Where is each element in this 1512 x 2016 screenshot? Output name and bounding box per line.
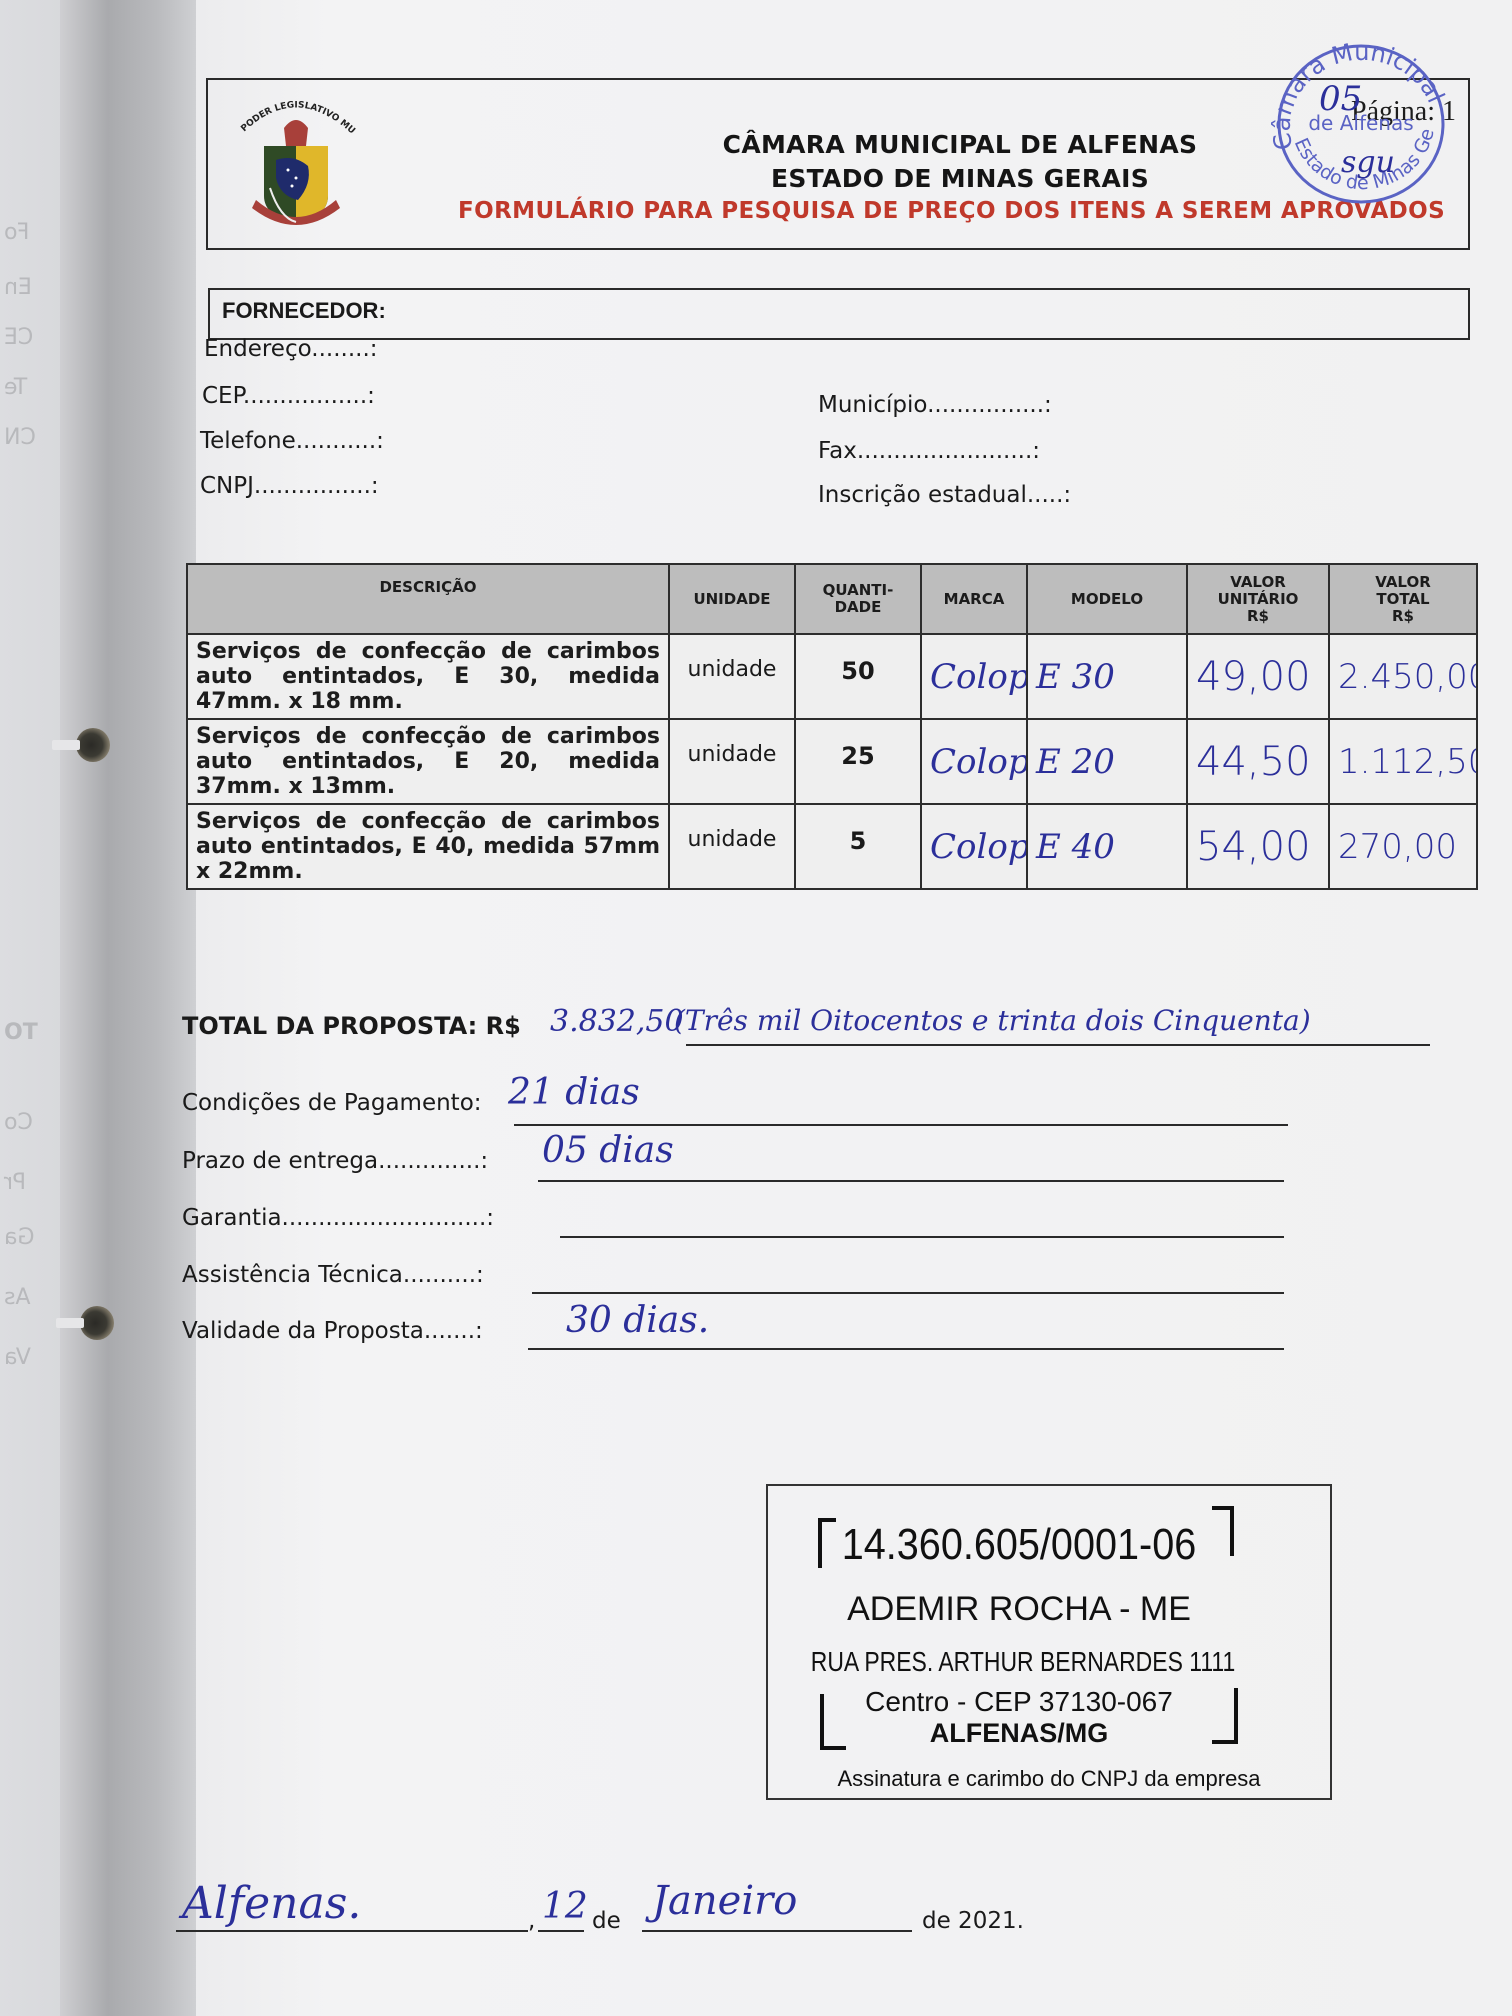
proposal-validity-line (528, 1348, 1284, 1350)
payment-terms-label: Condições de Pagamento: (182, 1090, 482, 1116)
municipality-field-label: Município................: (818, 392, 1052, 418)
table-row: Serviços de confecção de carimbos auto e… (187, 719, 1477, 804)
item-quantity: 25 (795, 719, 921, 804)
item-total-price: 270,00 (1329, 804, 1477, 889)
ghost-text: Pr (4, 1170, 26, 1195)
proposal-validity-value: 30 dias. (566, 1300, 709, 1341)
ghost-text: TO (4, 1020, 38, 1045)
svg-text:sgu: sgu (1341, 145, 1395, 180)
date-day-line (538, 1930, 584, 1932)
address-field-label: Endereço........: (204, 336, 378, 362)
warranty-line (560, 1236, 1284, 1238)
fax-field-label: Fax........................: (818, 438, 1040, 464)
stamp-caption: Assinatura e carimbo do CNPJ da empresa (768, 1766, 1330, 1792)
form-page: PODER LEGISLATIVO MUNICIPAL CÂMARA MUNIC… (196, 0, 1512, 2016)
date-comma: , (528, 1908, 535, 1934)
proposal-validity-label: Validade da Proposta.......: (182, 1318, 483, 1344)
item-unit: unidade (669, 719, 795, 804)
table-row: Serviços de confecção de carimbos auto e… (187, 804, 1477, 889)
company-address: RUA PRES. ARTHUR BERNARDES 1111 (793, 1646, 1254, 1678)
ghost-text: Co (4, 1110, 33, 1135)
date-year: de 2021. (922, 1908, 1024, 1934)
date-city: Alfenas. (182, 1878, 361, 1929)
table-row: Serviços de confecção de carimbos auto e… (187, 634, 1477, 719)
ghost-text: En (4, 275, 32, 300)
item-unit-price: 44,50 (1187, 719, 1329, 804)
item-quantity: 5 (795, 804, 921, 889)
item-model: E 40 (1027, 804, 1187, 889)
company-stamp-box: 14.360.605/0001-06 ADEMIR ROCHA - ME RUA… (766, 1484, 1332, 1800)
company-city: ALFENAS/MG (738, 1718, 1300, 1749)
column-header-unit-price: VALOR UNITÁRIO R$ (1187, 564, 1329, 634)
item-model: E 20 (1027, 719, 1187, 804)
ghost-text: Ga (4, 1225, 35, 1250)
item-brand: Colop (921, 634, 1027, 719)
column-header-quantity: QUANTI- DADE (795, 564, 921, 634)
item-description: Serviços de confecção de carimbos auto e… (187, 804, 669, 889)
item-unit-price: 54,00 (1187, 804, 1329, 889)
item-brand: Colop (921, 804, 1027, 889)
supplier-header-box: FORNECEDOR: (208, 288, 1470, 340)
cep-field-label: CEP.................: (202, 383, 375, 409)
total-proposal-value: 3.832,50 (550, 1004, 684, 1039)
column-header-model: MODELO (1027, 564, 1187, 634)
item-description: Serviços de confecção de carimbos auto e… (187, 719, 669, 804)
item-unit: unidade (669, 634, 795, 719)
ghost-text: CE (4, 325, 33, 350)
table-header-row: DESCRIÇÃO UNIDADE QUANTI- DADE MARCA MOD… (187, 564, 1477, 634)
item-description: Serviços de confecção de carimbos auto e… (187, 634, 669, 719)
warranty-label: Garantia............................: (182, 1205, 494, 1231)
phone-field-label: Telefone...........: (200, 428, 384, 454)
item-brand: Colop (921, 719, 1027, 804)
date-day: 12 (542, 1886, 588, 1927)
punch-hole-icon (80, 1306, 114, 1340)
column-header-brand: MARCA (921, 564, 1027, 634)
payment-terms-value: 21 dias (508, 1072, 640, 1113)
council-seal-stamp-icon: Câmara Municipal de Alfenas Estado de Mi… (1271, 38, 1451, 208)
delivery-time-value: 05 dias (542, 1130, 674, 1171)
ghost-text: CN (4, 425, 36, 450)
delivery-time-label: Prazo de entrega..............: (182, 1148, 488, 1174)
total-words-line (686, 1044, 1430, 1046)
item-quantity: 50 (795, 634, 921, 719)
item-unit-price: 49,00 (1187, 634, 1329, 719)
ghost-text: Te (4, 375, 27, 400)
technical-assistance-line (532, 1292, 1284, 1294)
column-header-description: DESCRIÇÃO (187, 564, 669, 634)
date-city-line (176, 1930, 528, 1932)
company-cnpj: 14.360.605/0001-06 (766, 1520, 1272, 1570)
item-model: E 30 (1027, 634, 1187, 719)
ghost-text: Fo (4, 220, 29, 245)
ghost-text: As (4, 1285, 31, 1310)
date-month-line (642, 1930, 912, 1932)
total-in-words: (Três mil Oitocentos e trinta dois Cinqu… (674, 1004, 1311, 1037)
company-district-cep: Centro - CEP 37130-067 (738, 1686, 1300, 1718)
items-table: DESCRIÇÃO UNIDADE QUANTI- DADE MARCA MOD… (186, 563, 1478, 890)
date-de-label: de (592, 1908, 621, 1934)
payment-terms-line (514, 1124, 1288, 1126)
municipal-coat-of-arms-icon: PODER LEGISLATIVO MUNICIPAL (236, 88, 356, 238)
svg-text:05: 05 (1319, 79, 1362, 119)
technical-assistance-label: Assistência Técnica..........: (182, 1262, 484, 1288)
state-registration-field-label: Inscrição estadual.....: (818, 482, 1071, 508)
delivery-time-line (538, 1180, 1284, 1182)
punch-hole-icon (76, 728, 110, 762)
date-month: Janeiro (652, 1878, 797, 1924)
item-total-price: 2.450,00 (1329, 634, 1477, 719)
company-name: ADEMIR ROCHA - ME (738, 1590, 1300, 1629)
supplier-label: FORNECEDOR: (222, 298, 386, 324)
cnpj-field-label: CNPJ................: (200, 473, 379, 499)
item-total-price: 1.112,50 (1329, 719, 1477, 804)
column-header-unit: UNIDADE (669, 564, 795, 634)
ghost-text: Va (4, 1345, 31, 1370)
total-proposal-label: TOTAL DA PROPOSTA: R$ (182, 1012, 521, 1040)
column-header-total-price: VALOR TOTAL R$ (1329, 564, 1477, 634)
item-unit: unidade (669, 804, 795, 889)
